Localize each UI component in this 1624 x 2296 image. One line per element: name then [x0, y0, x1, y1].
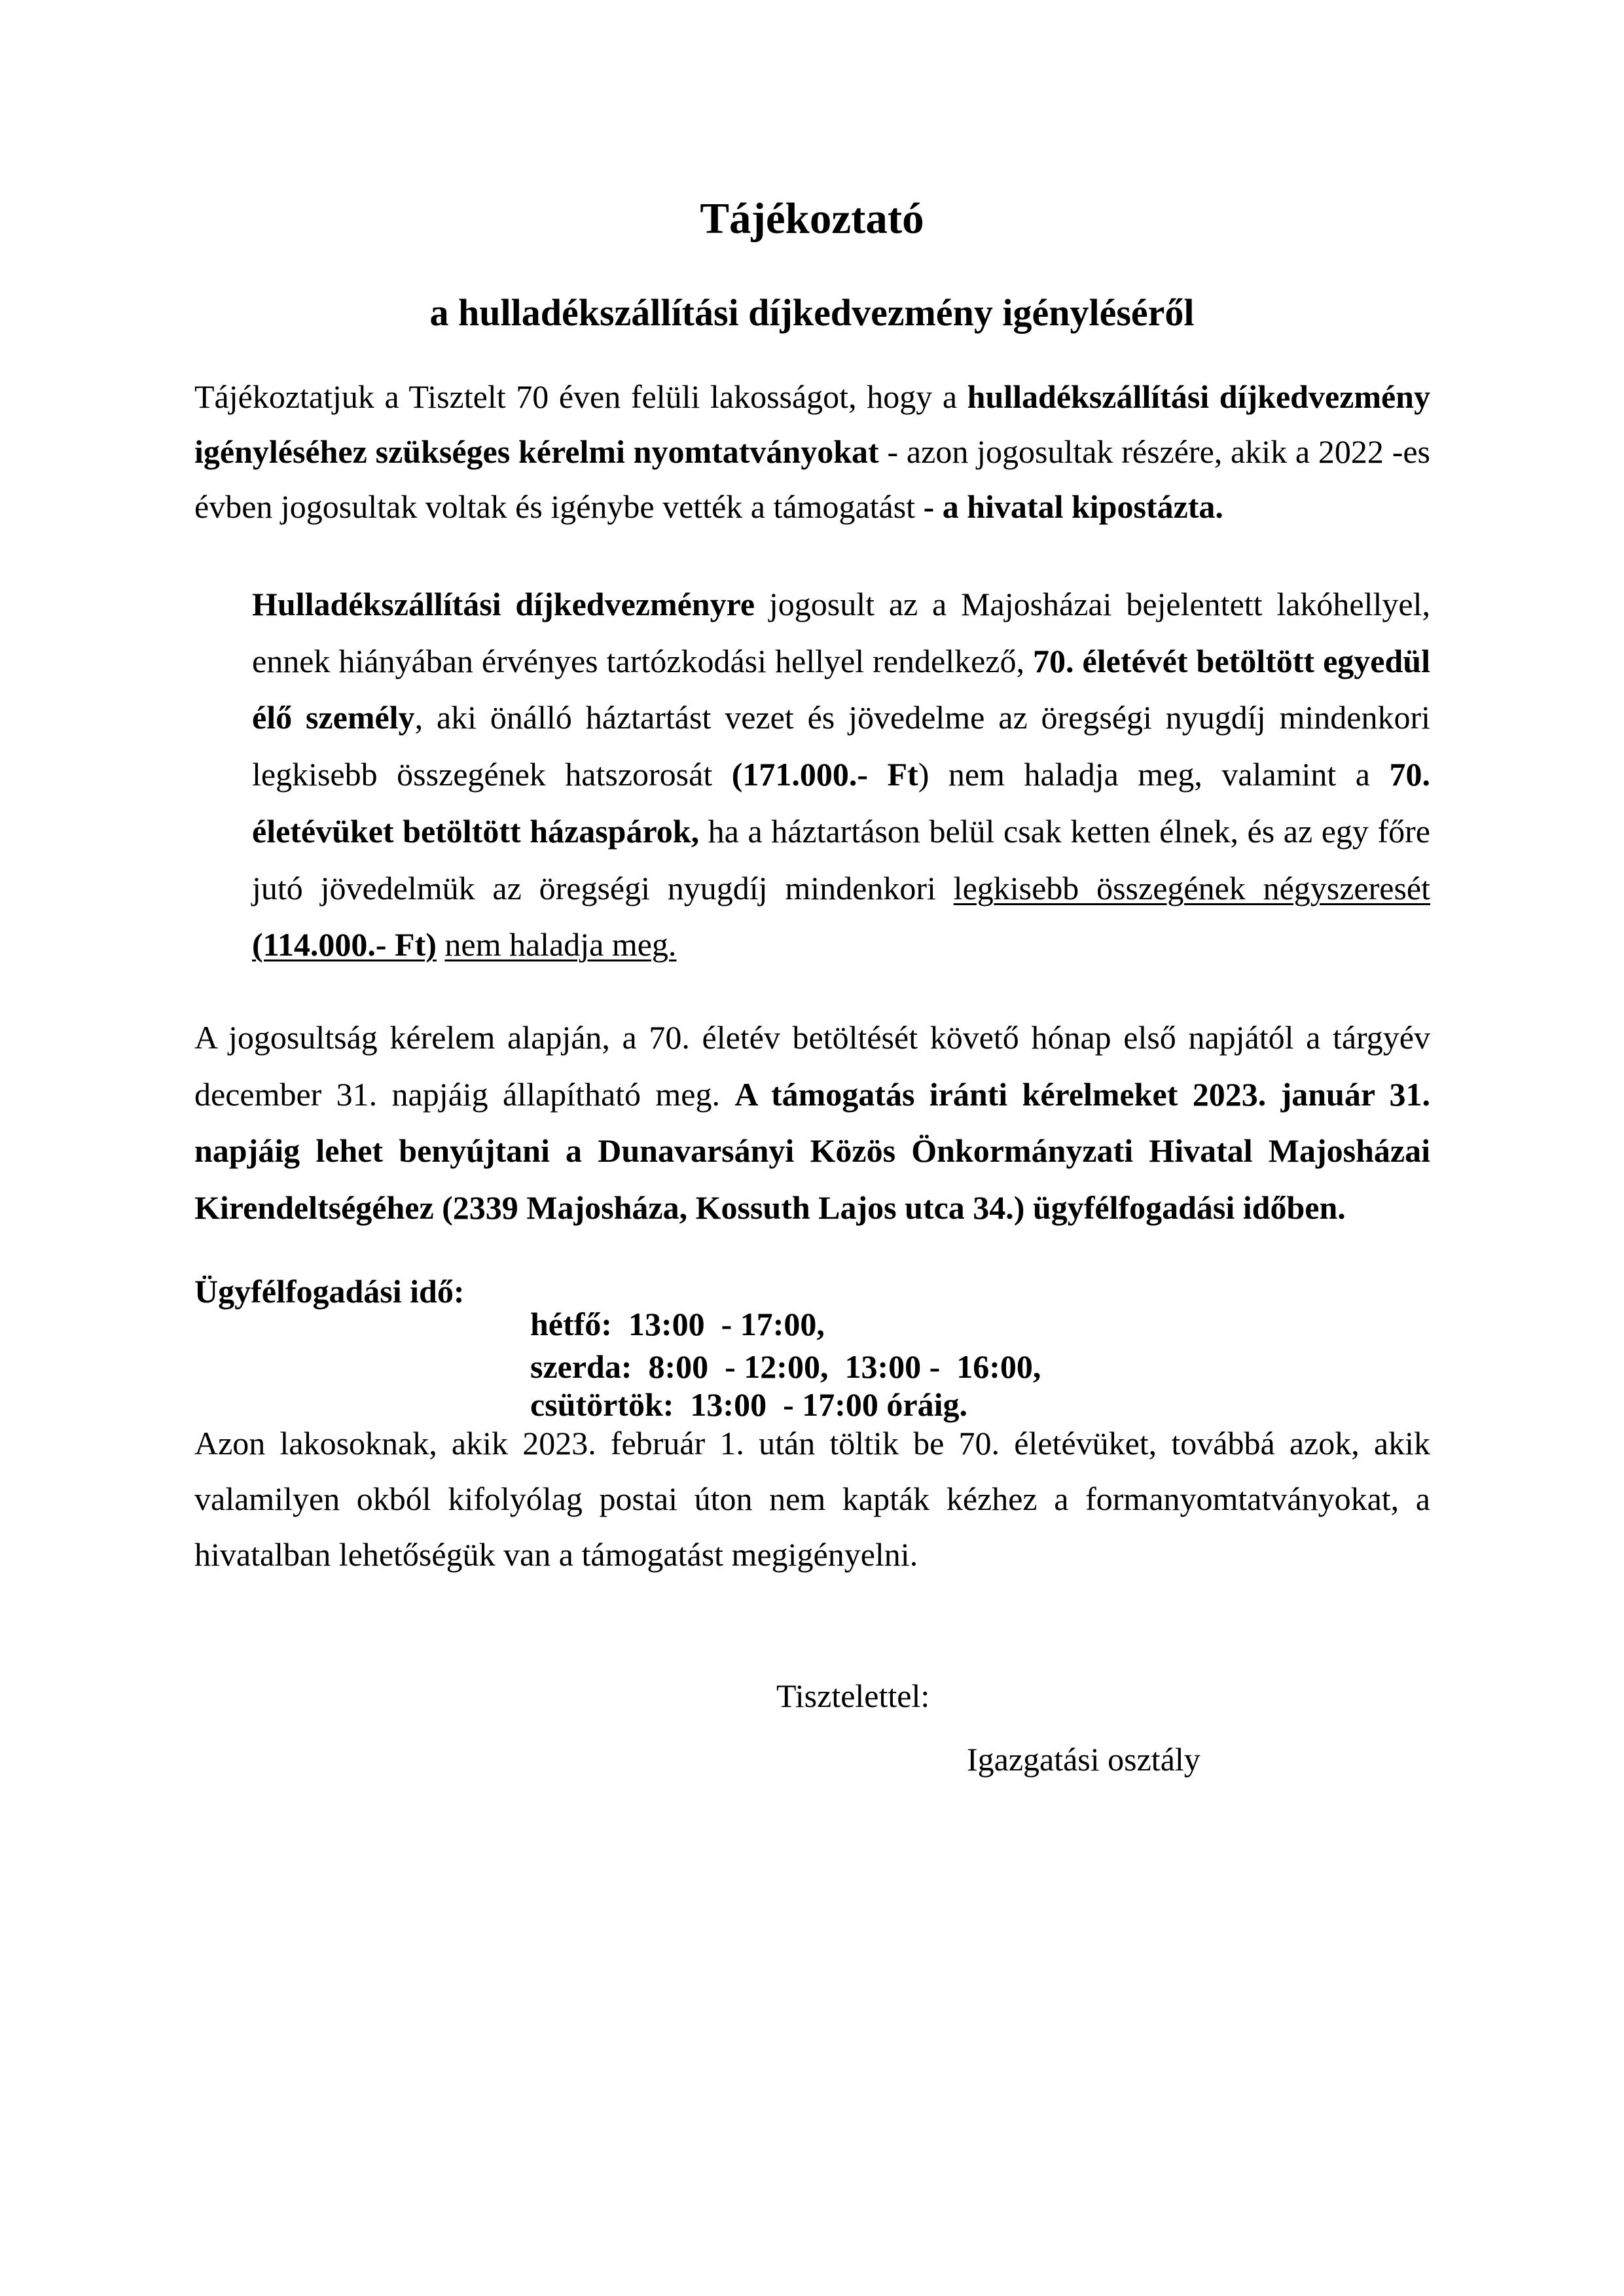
text-run: legkisebb összegének hatszorosát: [252, 756, 732, 793]
paragraph-line: évben jogosultak voltak és igénybe vetté…: [194, 490, 1223, 523]
paragraph-line: életévüket betöltött házaspárok, ha a há…: [252, 815, 1430, 848]
text-run: hulladékszállítási díjkedvezmény: [967, 378, 1430, 415]
paragraph-line: igényléséhez szükséges kérelmi nyomtatvá…: [194, 435, 1430, 468]
office-hours-times: 13:00 - 17:00 óráig.: [690, 1386, 967, 1423]
paragraph-line: Tájékoztatjuk a Tisztelt 70 éven felüli …: [194, 380, 1430, 413]
text-run: legkisebb összegének négyszeresét: [954, 870, 1430, 906]
paragraph-line: élő személy, aki önálló háztartást vezet…: [252, 701, 1430, 734]
text-run: Azon lakosoknak, akik 2023. február 1. u…: [194, 1425, 1430, 1462]
paragraph-line: napjáig lehet benyújtani a Dunavarsányi …: [194, 1134, 1430, 1167]
text-run: napjáig lehet benyújtani a Dunavarsányi …: [194, 1132, 1430, 1169]
office-hours-day: csütörtök:: [530, 1386, 674, 1423]
text-run: A jogosultság kérelem alapján, a 70. éle…: [194, 1019, 1430, 1056]
paragraph-line: A jogosultság kérelem alapján, a 70. éle…: [194, 1021, 1430, 1054]
signature-department: Igazgatási osztály: [967, 1743, 1200, 1776]
text-run: 70. életévét betöltött egyedül: [1033, 643, 1430, 679]
text-run: jutó jövedelmük az öregségi nyugdíj mind…: [252, 870, 954, 906]
text-run: élő személy: [252, 699, 415, 736]
text-run: Hulladékszállítási díjkedvezményre: [252, 586, 755, 622]
text-run: igényléséhez szükséges kérelmi nyomtatvá…: [194, 433, 879, 470]
text-run: Kirendeltségéhez (2339 Majosháza, Kossut…: [194, 1189, 1346, 1226]
paragraph-line: hivatalban lehetőségük van a támogatást …: [194, 1538, 918, 1571]
paragraph-line: december 31. napjáig állapítható meg. A …: [194, 1078, 1430, 1111]
paragraph-line: Azon lakosoknak, akik 2023. február 1. u…: [194, 1427, 1430, 1460]
paragraph-line: jutó jövedelmük az öregségi nyugdíj mind…: [252, 872, 1430, 905]
text-run: [437, 926, 445, 963]
text-run: életévüket betöltött házaspárok,: [252, 813, 699, 850]
text-run: 70.: [1390, 756, 1431, 793]
text-run: ha a háztartáson belül csak ketten élnek…: [699, 813, 1430, 850]
text-run: valamilyen okból kifolyólag postai úton …: [194, 1480, 1430, 1517]
text-run: december 31. napjáig állapítható meg.: [194, 1076, 734, 1113]
text-run: évben jogosultak voltak és igénybe vetté…: [194, 488, 924, 525]
text-run: nem haladja meg.: [444, 926, 676, 963]
text-run: A támogatás iránti kérelmeket 2023. janu…: [734, 1076, 1430, 1113]
text-run: (114.000.- Ft): [252, 926, 437, 963]
paragraph-line: (114.000.- Ft) nem haladja meg.: [252, 928, 676, 961]
paragraph-line: ennek hiányában érvényes tartózkodási he…: [252, 645, 1430, 677]
paragraph-line: valamilyen okból kifolyólag postai úton …: [194, 1482, 1430, 1515]
text-run: - azon jogosultak részére, akik a 2022 -…: [879, 433, 1430, 470]
text-run: (171.000.- Ft: [732, 756, 918, 793]
text-run: Tájékoztatjuk a Tisztelt 70 éven felüli …: [194, 378, 967, 415]
text-run: jogosult az a Majosházai bejelentett lak…: [755, 586, 1430, 622]
text-run: , aki önálló háztartást vezet és jövedel…: [415, 699, 1430, 736]
paragraph-line: Kirendeltségéhez (2339 Majosháza, Kossut…: [194, 1191, 1346, 1224]
office-hours-label: Ügyfélfogadási idő:: [194, 1275, 465, 1308]
paragraph-line: Hulladékszállítási díjkedvezményre jogos…: [252, 588, 1430, 620]
document-title: Tájékoztató: [0, 197, 1624, 241]
closing-text: Tisztelettel:: [776, 1679, 929, 1712]
text-run: ) nem haladja meg, valamint a: [918, 756, 1390, 793]
text-run: - a hivatal kipostázta.: [924, 488, 1223, 525]
document-subtitle: a hulladékszállítási díjkedvezmény igény…: [0, 294, 1624, 332]
text-run: hivatalban lehetőségük van a támogatást …: [194, 1536, 918, 1573]
text-run: ennek hiányában érvényes tartózkodási he…: [252, 643, 1033, 679]
paragraph-line: legkisebb összegének hatszorosát (171.00…: [252, 758, 1430, 791]
document-page: Tájékoztató a hulladékszállítási díjkedv…: [0, 0, 1624, 2296]
